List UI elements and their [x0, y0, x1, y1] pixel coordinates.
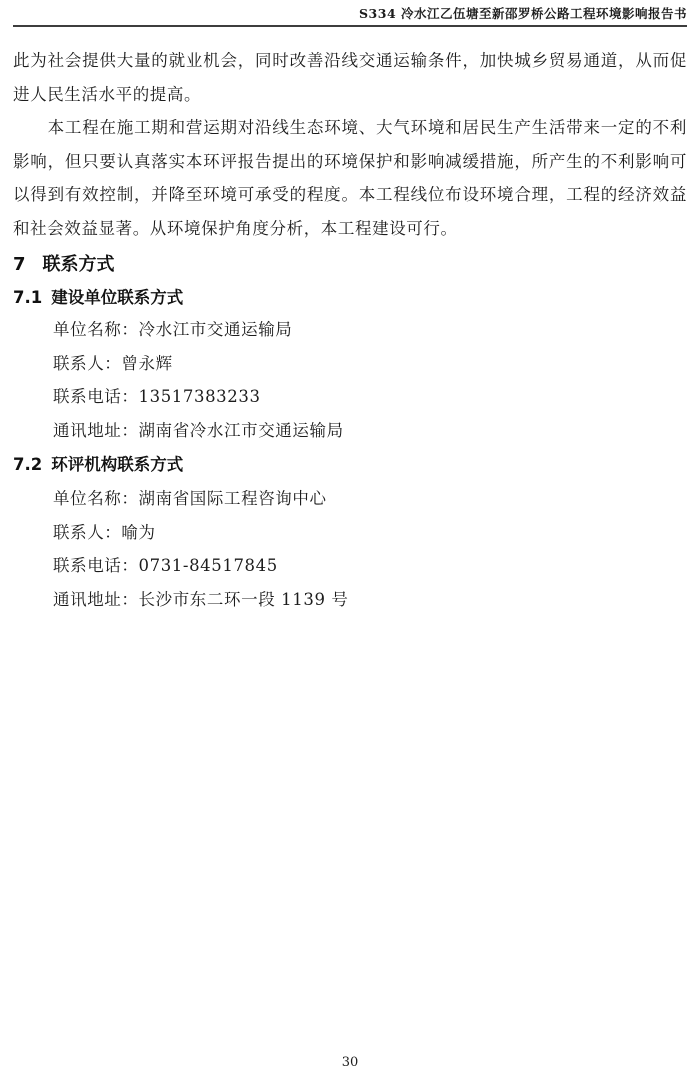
contact-value: 长沙市东二环一段 1139 号	[139, 590, 349, 609]
section-7-heading: 7联系方式	[13, 250, 687, 280]
contact-address: 通讯地址：湖南省冷水江市交通运输局	[53, 414, 687, 448]
section-7-2-heading: 7.2环评机构联系方式	[13, 450, 687, 480]
contact-label: 联系人：	[53, 354, 121, 373]
contact-value: 13517383233	[139, 387, 261, 406]
contact-label: 单位名称：	[53, 320, 139, 339]
contact-label: 联系电话：	[53, 387, 139, 406]
section-7-1-number: 7.1	[13, 283, 42, 313]
contact-phone: 联系电话：13517383233	[53, 380, 687, 414]
contact-person: 联系人：喻为	[53, 516, 687, 550]
section-7-1-title: 建设单位联系方式	[51, 288, 183, 307]
construction-unit-contact-list: 单位名称：冷水江市交通运输局 联系人：曾永辉 联系电话：13517383233 …	[13, 313, 687, 447]
eia-agency-contact-list: 单位名称：湖南省国际工程咨询中心 联系人：喻为 联系电话：0731-845178…	[13, 482, 687, 616]
document-page: S334 冷水江乙伍塘至新邵罗桥公路工程环境影响报告书 此为社会提供大量的就业机…	[0, 0, 700, 1083]
section-7-1-heading: 7.1建设单位联系方式	[13, 283, 687, 313]
section-7-2-number: 7.2	[13, 450, 42, 480]
contact-address: 通讯地址：长沙市东二环一段 1139 号	[53, 583, 687, 617]
contact-label: 单位名称：	[53, 489, 139, 508]
report-header-title: S334 冷水江乙伍塘至新邵罗桥公路工程环境影响报告书	[359, 6, 687, 21]
contact-label: 联系人：	[53, 523, 121, 542]
section-7-title: 联系方式	[43, 254, 115, 275]
contact-value: 喻为	[121, 523, 155, 542]
paragraph-conclusion-2: 本工程在施工期和营运期对沿线生态环境、大气环境和居民生产生活带来一定的不利影响，…	[13, 111, 687, 245]
contact-value: 湖南省国际工程咨询中心	[139, 489, 327, 508]
contact-phone: 联系电话：0731-84517845	[53, 549, 687, 583]
contact-value: 冷水江市交通运输局	[139, 320, 293, 339]
contact-unit-name: 单位名称：湖南省国际工程咨询中心	[53, 482, 687, 516]
contact-value: 曾永辉	[121, 354, 172, 373]
paragraph-conclusion-1: 此为社会提供大量的就业机会，同时改善沿线交通运输条件，加快城乡贸易通道，从而促进…	[13, 44, 687, 111]
page-header: S334 冷水江乙伍塘至新邵罗桥公路工程环境影响报告书	[13, 0, 687, 27]
page-number: 30	[342, 1055, 359, 1070]
contact-label: 通讯地址：	[53, 590, 139, 609]
contact-label: 通讯地址：	[53, 421, 139, 440]
document-body: 此为社会提供大量的就业机会，同时改善沿线交通运输条件，加快城乡贸易通道，从而促进…	[13, 44, 687, 616]
contact-label: 联系电话：	[53, 556, 139, 575]
contact-value: 0731-84517845	[139, 556, 278, 575]
contact-unit-name: 单位名称：冷水江市交通运输局	[53, 313, 687, 347]
section-7-2-title: 环评机构联系方式	[51, 455, 183, 474]
contact-person: 联系人：曾永辉	[53, 347, 687, 381]
section-7-number: 7	[13, 250, 26, 280]
contact-value: 湖南省冷水江市交通运输局	[139, 421, 344, 440]
page-footer: 30	[0, 1051, 700, 1070]
